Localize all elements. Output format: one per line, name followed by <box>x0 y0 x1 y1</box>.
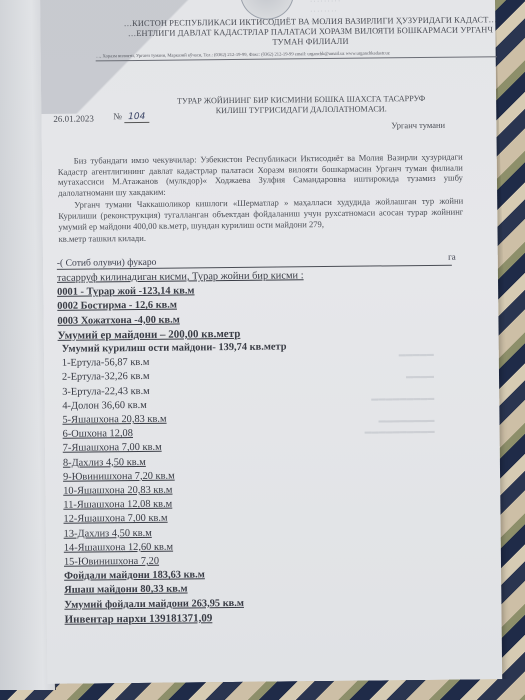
organization-header: …кистон Республикаси Иктисодиёт ва Молия… <box>120 15 500 49</box>
intro-text: Биз тубандаги имзо чекувчилар: Узбекисто… <box>58 152 464 247</box>
organization-address: …, Хоразм вилояти, Урганч тумани, Марказ… <box>96 49 501 61</box>
inventory-price: Инвентар нархи 139181371,09 <box>60 609 400 627</box>
document-date: 26.01.2023 <box>53 113 94 123</box>
document-sheet: · · · · · · · · ·· · · · · · · ·· · · · … <box>40 0 502 684</box>
handwritten-number: 104 <box>124 112 149 123</box>
reverse-side-show-through: ▬▬▬▬▬▬▬▬▬▬▬▬▬▬▬▬▬▬▬▬▬▬▬▬▬▬▬▬▬▬▬▬▬▬▬▬ <box>274 350 435 440</box>
district-name: Урганч тумани <box>391 120 445 131</box>
document-content: · · · · · · · · ·· · · · · · · ·· · · · … <box>40 0 502 684</box>
buyer-label: -( Сотиб олувчи) фукаро <box>57 257 157 269</box>
document-number: № 104 <box>113 111 149 122</box>
transfer-list: тасарруф килинадиган кисми, Турар жойни … <box>57 268 401 627</box>
intro-paragraph-2: Урганч тумани Чаккашоликор кишлоги «Шерм… <box>58 196 463 232</box>
document-title: Турар жойининг бир кисмини бошка шахсга … <box>131 93 471 117</box>
number-label: № <box>113 111 122 121</box>
intro-paragraph-1: Биз тубандаги имзо чекувчилар: Узбекисто… <box>58 152 463 199</box>
buyer-suffix: га <box>448 252 456 262</box>
intro-paragraph-3: кв.метр ташкил килади. <box>59 230 464 245</box>
